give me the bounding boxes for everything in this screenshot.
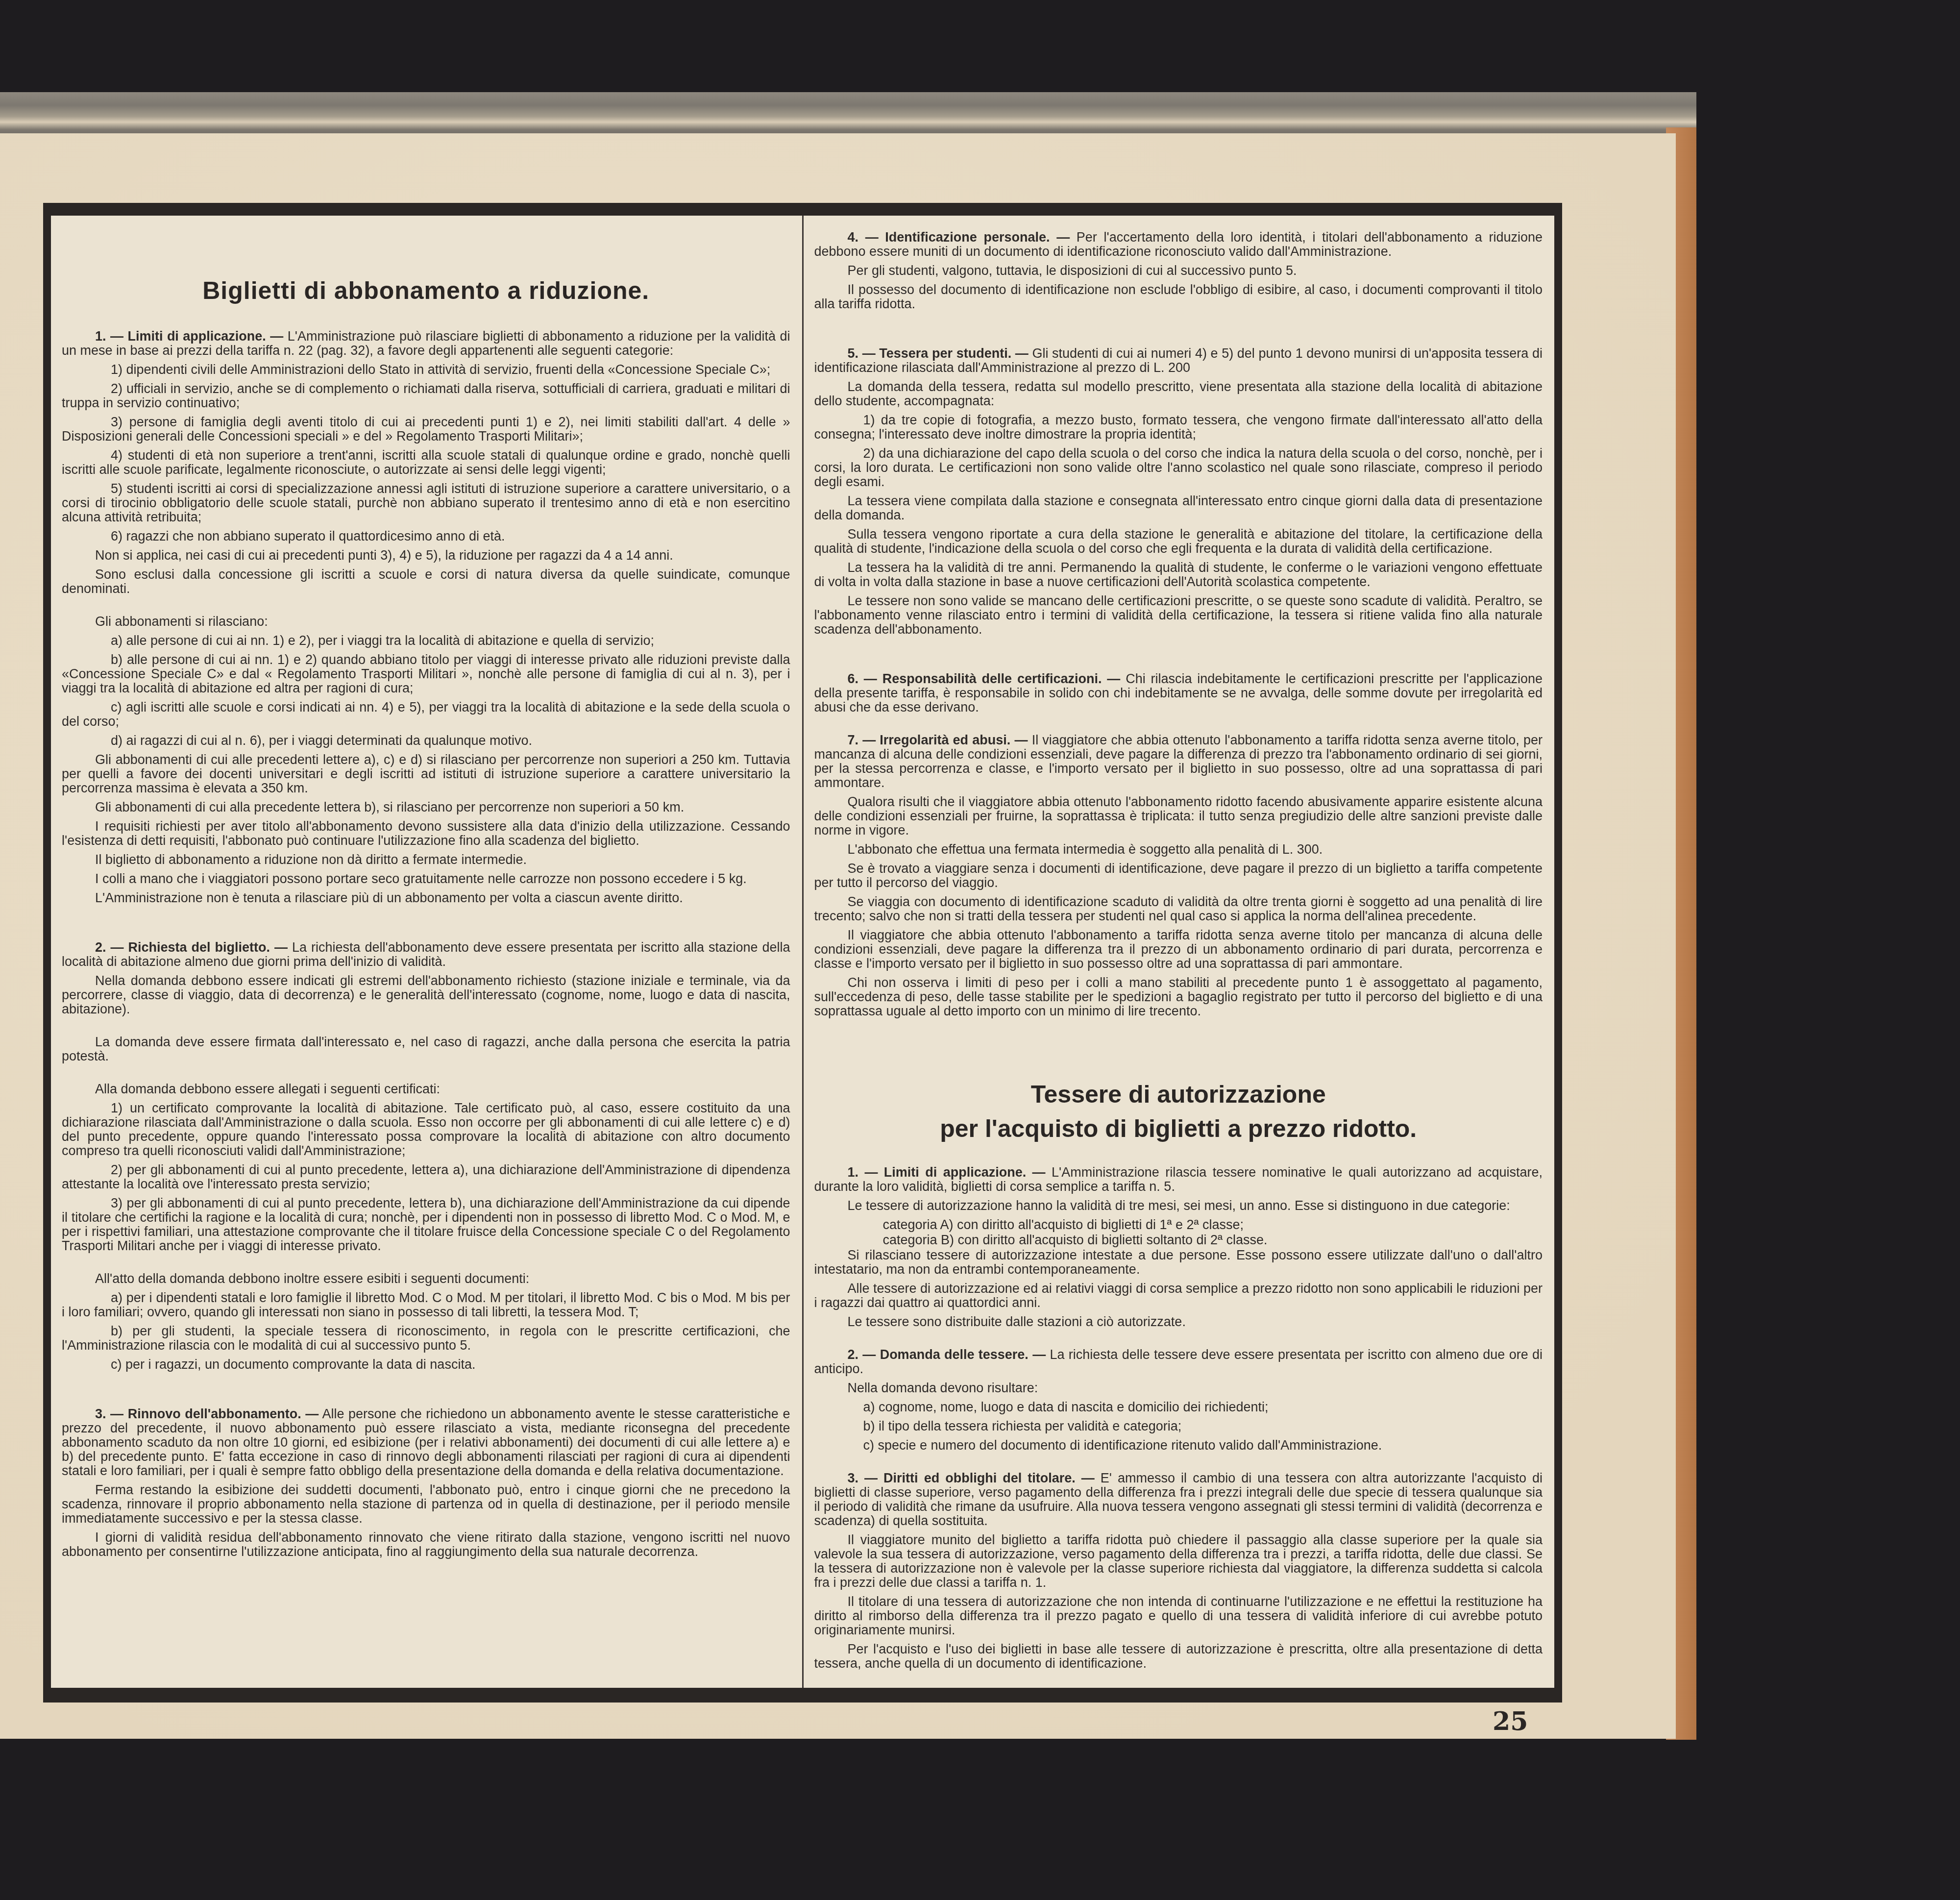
- section-heading: 6. — Responsabilità delle certificazioni…: [848, 671, 1121, 686]
- paragraph: 4. — Identificazione personale. — Per l'…: [814, 230, 1543, 259]
- paragraph: All'atto della domanda debbono inoltre e…: [62, 1272, 790, 1286]
- paragraph: La domanda deve essere firmata dall'inte…: [62, 1035, 790, 1063]
- list-item: 1) un certificato comprovante la localit…: [62, 1101, 790, 1158]
- paragraph: Gli abbonamenti si rilasciano:: [62, 615, 790, 629]
- list-item: 6) ragazzi che non abbiano superato il q…: [62, 529, 790, 543]
- list-item: categoria A) con diritto all'acquisto di…: [814, 1218, 1543, 1232]
- paragraph: Il titolare di una tessera di autorizzaz…: [814, 1595, 1543, 1637]
- page-number: 25: [1493, 1706, 1528, 1736]
- paragraph: 1. — Limiti di applicazione. — L'Amminis…: [814, 1165, 1543, 1194]
- paragraph: Ferma restando la esibizione dei suddett…: [62, 1483, 790, 1526]
- paragraph: Alla domanda debbono essere allegati i s…: [62, 1082, 790, 1096]
- section-title-tessere: Tessere di autorizzazione per l'acquisto…: [814, 1077, 1543, 1146]
- paragraph: Le tessere non sono valide se mancano de…: [814, 594, 1543, 637]
- list-item: b) alle persone di cui ai nn. 1) e 2) qu…: [62, 653, 790, 695]
- right-column: 4. — Identificazione personale. — Per l'…: [804, 216, 1555, 1688]
- paragraph: Per l'acquisto e l'uso dei biglietti in …: [814, 1642, 1543, 1671]
- list-item: a) per i dipendenti statali e loro famig…: [62, 1291, 790, 1319]
- paragraph: L'Amministrazione non è tenuta a rilasci…: [62, 891, 790, 905]
- paragraph: Si rilasciano tessere di autorizzazione …: [814, 1248, 1543, 1277]
- list-item: categoria B) con diritto all'acquisto di…: [814, 1233, 1543, 1247]
- section-heading: 3. — Diritti ed obblighi del titolare. —: [848, 1471, 1095, 1485]
- list-item: d) ai ragazzi di cui al n. 6), per i via…: [62, 734, 790, 748]
- paragraph: Nella domanda devono risultare:: [814, 1381, 1543, 1395]
- paragraph: 6. — Responsabilità delle certificazioni…: [814, 672, 1543, 715]
- list-item: 2) da una dichiarazione del capo della s…: [814, 446, 1543, 489]
- paragraph: Gli abbonamenti di cui alle precedenti l…: [62, 753, 790, 795]
- paragraph: Per gli studenti, valgono, tuttavia, le …: [814, 264, 1543, 278]
- list-item: a) cognome, nome, luogo e data di nascit…: [814, 1400, 1543, 1414]
- paragraph: 2. — Domanda delle tessere. — La richies…: [814, 1348, 1543, 1376]
- paragraph: Chi non osserva i limiti di peso per i c…: [814, 976, 1543, 1018]
- list-item: 3) persone di famiglia degli aventi tito…: [62, 415, 790, 444]
- paragraph: Le tessere sono distribuite dalle stazio…: [814, 1315, 1543, 1329]
- section-heading: 3. — Rinnovo dell'abbonamento. —: [95, 1406, 318, 1421]
- paragraph: Sono esclusi dalla concessione gli iscri…: [62, 568, 790, 596]
- paragraph: 5. — Tessera per studenti. — Gli student…: [814, 346, 1543, 375]
- paragraph: Qualora risulti che il viaggiatore abbia…: [814, 795, 1543, 838]
- list-item: 2) per gli abbonamenti di cui al punto p…: [62, 1163, 790, 1191]
- section-heading: 2. — Richiesta del biglietto. —: [95, 940, 288, 955]
- section-heading: 1. — Limiti di applicazione. —: [95, 329, 283, 344]
- list-item: 2) ufficiali in servizio, anche se di co…: [62, 382, 790, 410]
- paragraph: 3. — Rinnovo dell'abbonamento. — Alle pe…: [62, 1407, 790, 1478]
- paragraph: Il possesso del documento di identificaz…: [814, 283, 1543, 311]
- paragraph: I requisiti richiesti per aver titolo al…: [62, 819, 790, 848]
- paragraph: Il biglietto di abbonamento a riduzione …: [62, 853, 790, 867]
- list-item: c) specie e numero del documento di iden…: [814, 1438, 1543, 1453]
- list-item: b) il tipo della tessera richiesta per v…: [814, 1419, 1543, 1433]
- section-heading: 2. — Domanda delle tessere. —: [848, 1347, 1046, 1362]
- paragraph: 1. — Limiti di applicazione. — L'Amminis…: [62, 329, 790, 358]
- paragraph: Le tessere di autorizzazione hanno la va…: [814, 1199, 1543, 1213]
- paragraph: L'abbonato che effettua una fermata inte…: [814, 842, 1543, 857]
- paragraph: Non si applica, nei casi di cui ai prece…: [62, 548, 790, 563]
- list-item: 3) per gli abbonamenti di cui al punto p…: [62, 1196, 790, 1253]
- section-heading: 4. — Identificazione personale. —: [848, 230, 1070, 245]
- section-heading: 5. — Tessera per studenti. —: [848, 346, 1029, 361]
- list-item: 4) studenti di età non superiore a trent…: [62, 448, 790, 477]
- bordered-text-frame: Biglietti di abbonamento a riduzione. 1.…: [43, 203, 1562, 1703]
- list-item: c) agli iscritti alle scuole e corsi ind…: [62, 700, 790, 729]
- list-item: b) per gli studenti, la speciale tessera…: [62, 1324, 790, 1353]
- paragraph: I giorni di validità residua dell'abbona…: [62, 1530, 790, 1559]
- section-heading: 1. — Limiti di applicazione. —: [848, 1165, 1046, 1180]
- paragraph: 3. — Diritti ed obblighi del titolare. —…: [814, 1471, 1543, 1528]
- list-item: 1) dipendenti civili delle Amministrazio…: [62, 363, 790, 377]
- section-heading: 7. — Irregolarità ed abusi. —: [848, 733, 1028, 747]
- paragraph: Sulla tessera vengono riportate a cura d…: [814, 527, 1543, 556]
- paragraph: Il viaggiatore che abbia ottenuto l'abbo…: [814, 928, 1543, 971]
- paragraph: La tessera ha la validità di tre anni. P…: [814, 561, 1543, 589]
- book-page-stack-edge: [0, 92, 1696, 136]
- list-item: a) alle persone di cui ai nn. 1) e 2), p…: [62, 634, 790, 648]
- paragraph: 2. — Richiesta del biglietto. — La richi…: [62, 940, 790, 969]
- paragraph: La domanda della tessera, redatta sul mo…: [814, 380, 1543, 408]
- paragraph: Gli abbonamenti di cui alla precedente l…: [62, 800, 790, 814]
- paragraph: Nella domanda debbono essere indicati gl…: [62, 974, 790, 1016]
- paragraph: Alle tessere di autorizzazione ed ai rel…: [814, 1282, 1543, 1310]
- list-item: 5) studenti iscritti ai corsi di special…: [62, 482, 790, 524]
- list-item: c) per i ragazzi, un documento comprovan…: [62, 1357, 790, 1372]
- paragraph: Se è trovato a viaggiare senza i documen…: [814, 862, 1543, 890]
- paragraph: Se viaggia con documento di identificazi…: [814, 895, 1543, 923]
- paragraph: La tessera viene compilata dalla stazion…: [814, 494, 1543, 522]
- paragraph: Il viaggiatore munito del biglietto a ta…: [814, 1533, 1543, 1590]
- paragraph: 7. — Irregolarità ed abusi. — Il viaggia…: [814, 733, 1543, 790]
- section-title-abbonamento: Biglietti di abbonamento a riduzione.: [62, 274, 790, 307]
- book-page: Biglietti di abbonamento a riduzione. 1.…: [0, 133, 1676, 1739]
- left-column: Biglietti di abbonamento a riduzione. 1.…: [51, 216, 804, 1688]
- list-item: 1) da tre copie di fotografia, a mezzo b…: [814, 413, 1543, 442]
- paragraph: I colli a mano che i viaggiatori possono…: [62, 872, 790, 886]
